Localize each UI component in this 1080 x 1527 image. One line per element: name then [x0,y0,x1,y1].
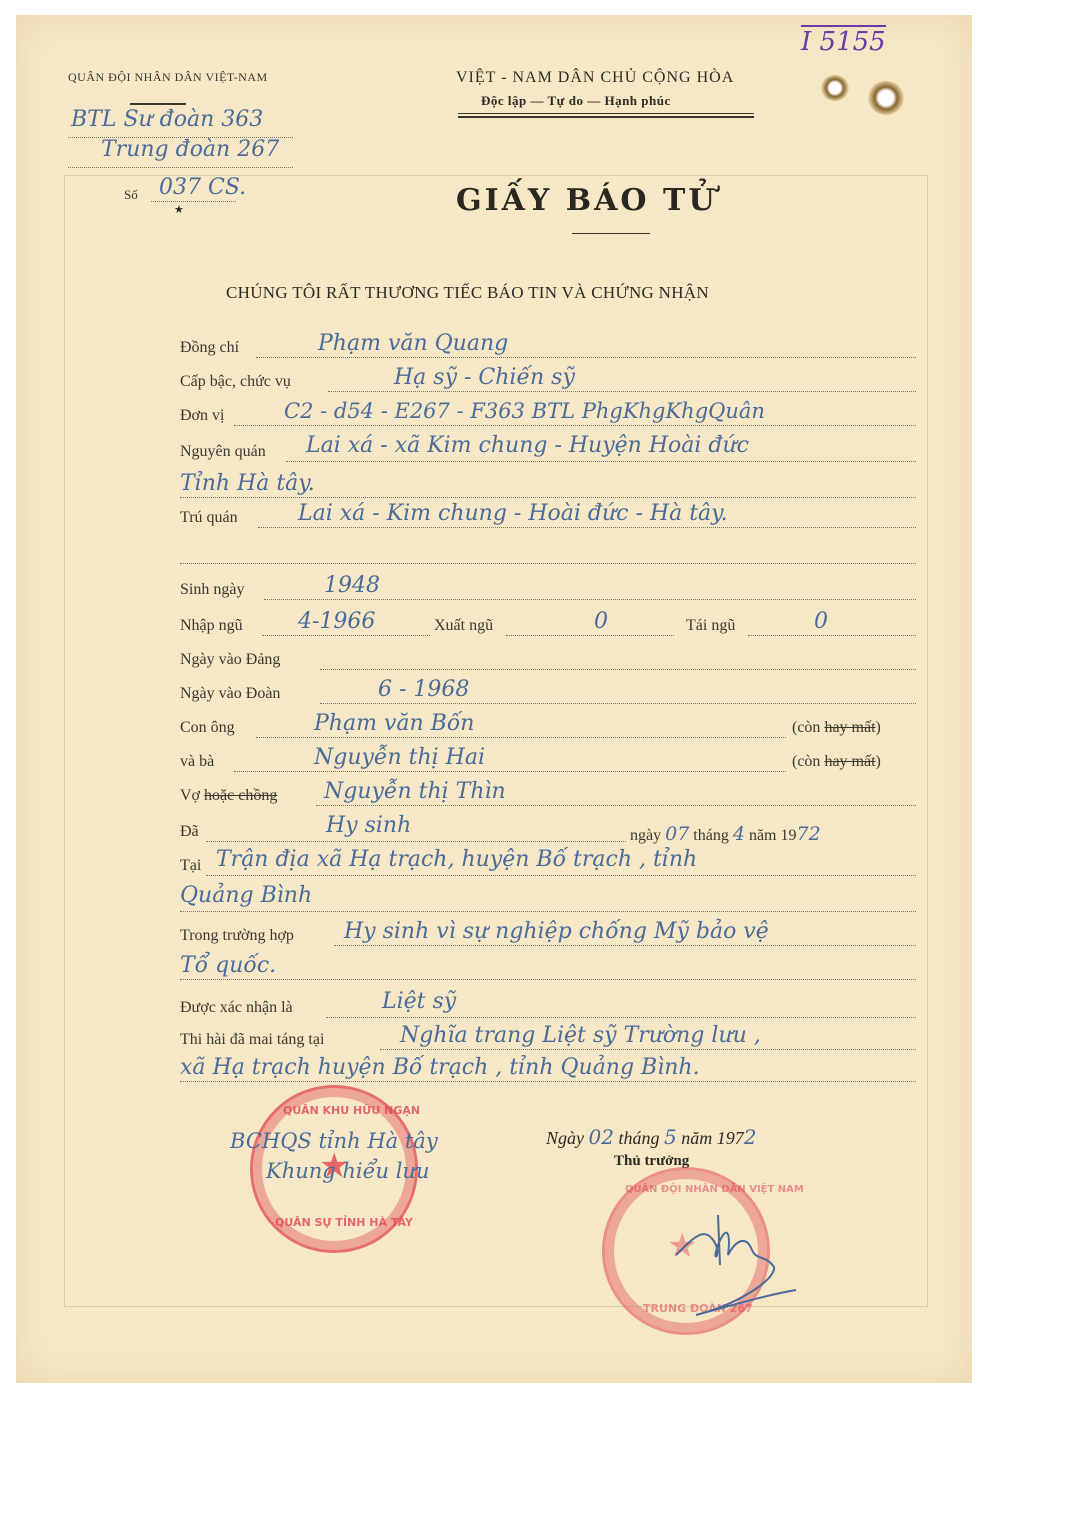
field-value-tru-quan: Lai xá - Kim chung - Hoài đức - Hà tây. [298,501,728,526]
field-label-ngay-vao-dang: Ngày vào Đảng [180,651,280,669]
intro-statement: CHÚNG TÔI RẤT THƯƠNG TIẾC BÁO TIN VÀ CHỨ… [226,283,709,303]
title-ornament [572,233,650,234]
field-label-nguyen-quan: Nguyên quán [180,443,266,461]
issue-date: Ngày 02 tháng 5 năm 1972 [546,1125,756,1149]
field-value-da: Hy sinh [326,813,411,838]
unit-line-1: BTL Sư đoàn 363 [71,107,263,132]
burn-mark [821,75,849,101]
field-label-mai-tang: Thi hài đã mai táng tại [180,1031,324,1049]
divider [130,103,186,105]
field-label-truong-hop: Trong trường hợp [180,927,294,945]
mother-status: (còn hay mất) [792,753,881,771]
field-label-dong-chi: Đồng chí [180,339,239,357]
field-label-va-ba: và bà [180,753,214,771]
field-value-nguyen-quan-1: Lai xá - xã Kim chung - Huyện Hoài đức [306,433,749,458]
field-value-xuat-ngu: 0 [594,609,608,634]
star-icon: ★ [174,203,184,216]
field-value-sinh-ngay: 1948 [324,573,380,598]
field-value-truong-hop-2: Tổ quốc. [180,953,276,978]
field-value-nguyen-quan-2: Tỉnh Hà tây. [180,471,315,496]
field-label-xuat-ngu: Xuất ngũ [434,617,493,635]
field-value-nhap-ngu: 4-1966 [298,609,375,634]
field-label-da: Đã [180,823,199,841]
field-value-cap-bac: Hạ sỹ - Chiến sỹ [394,365,575,390]
field-value-tai-ngu: 0 [814,609,828,634]
field-label-tai: Tại [180,857,201,875]
signature [656,1195,806,1325]
field-value-tai-1: Trận địa xã Hạ trạch, huyện Bố trạch , t… [216,847,697,872]
field-value-truong-hop-1: Hy sinh vì sự nghiệp chống Mỹ bảo vệ [344,919,769,944]
field-label-don-vi: Đơn vị [180,407,224,425]
document-page: I 5155 QUÂN ĐỘI NHÂN DÂN VIỆT-NAM BTL Sư… [16,15,972,1383]
field-value-tai-2: Quảng Bình [180,883,312,908]
burn-mark [868,81,904,115]
number-label: Số [124,187,138,203]
field-value-xac-nhan: Liệt sỹ [382,989,456,1014]
field-value-dong-chi: Phạm văn Quang [318,331,508,356]
field-value-ngay-vao-doan: 6 - 1968 [378,677,469,702]
field-value-mai-tang-1: Nghĩa trang Liệt sỹ Trường lưu , [400,1023,761,1048]
field-label-xac-nhan: Được xác nhận là [180,999,293,1017]
field-value-mai-tang-2: xã Hạ trạch huyện Bố trạch , tỉnh Quảng … [180,1055,700,1080]
field-value-va-ba: Nguyễn thị Hai [314,745,485,770]
field-label-nhap-ngu: Nhập ngũ [180,617,243,635]
unit-line-2: Trung đoàn 267 [101,137,279,162]
receipt-note-1: BCHQS tỉnh Hà tây [230,1129,438,1153]
field-value-don-vi: C2 - d54 - E267 - F363 BTL PhgKhgKhgQuân [284,399,765,423]
field-label-vo-chong: Vợ hoặc chồng [180,787,277,805]
national-motto: Độc lập — Tự do — Hạnh phúc [481,93,671,109]
father-status: (còn hay mất) [792,719,881,737]
archive-number: I 5155 [801,25,886,57]
field-value-vo-chong: Nguyễn thị Thìn [324,779,506,804]
field-label-sinh-ngay: Sinh ngày [180,581,244,599]
document-title: GIẤY BÁO TỬ [456,183,718,218]
field-label-tai-ngu: Tái ngũ [686,617,735,635]
field-value-con-ong: Phạm văn Bốn [314,711,474,736]
organization-name: QUÂN ĐỘI NHÂN DÂN VIỆT-NAM [68,70,268,85]
field-label-cap-bac: Cấp bậc, chức vụ [180,373,291,391]
receipt-note-2: Khung hiểu lưu [266,1159,430,1183]
field-label-tru-quan: Trú quán [180,509,238,527]
death-date: ngày 07 tháng 4 năm 1972 [630,823,821,845]
document-number: 037 CS. [159,175,246,200]
country-name: VIỆT - NAM DÂN CHỦ CỘNG HÒA [456,69,734,87]
field-label-con-ong: Con ông [180,719,235,737]
double-rule [458,113,754,118]
field-label-ngay-vao-doan: Ngày vào Đoàn [180,685,280,703]
